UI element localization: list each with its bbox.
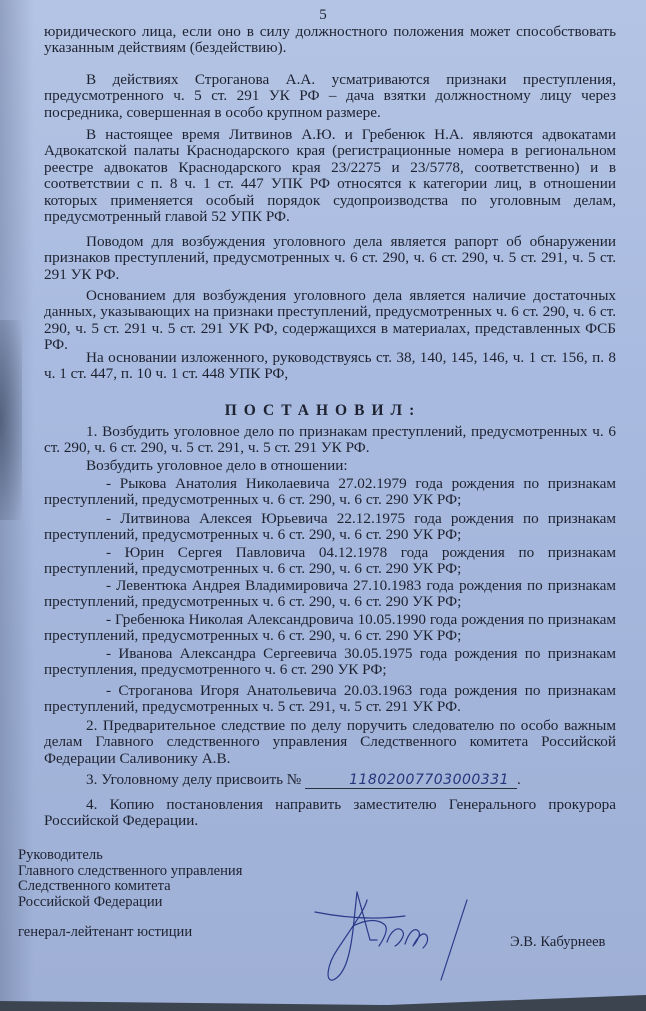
resolution-item-3-suffix: . [517, 771, 521, 788]
signatory-name: Э.В. Кабурнеев [510, 934, 605, 951]
person-entry: - Гребенюка Николая Александровича 10.05… [44, 612, 616, 645]
resolution-item-3: 3. Уголовному делу присвоить № 118020077… [44, 772, 616, 789]
signatory-position-line: Российской Федерации [18, 895, 242, 911]
resolution-heading: ПОСТАНОВИЛ: [0, 402, 646, 420]
resolution-item-1-subheading: Возбудить уголовное дело в отношении: [44, 458, 616, 474]
resolution-item-4: 4. Копию постановления направить замести… [44, 797, 616, 830]
signatory-position: Руководитель Главного следственного упра… [18, 848, 242, 910]
resolution-item-2: 2. Предварительное следствие по делу пор… [44, 718, 616, 767]
page-number: 5 [0, 7, 646, 24]
document-page: 5 юридического лица, если оно в силу дол… [0, 0, 646, 1005]
person-entry: - Литвинова Алексея Юрьевича 22.12.1975 … [44, 511, 616, 544]
paragraph-reason: Поводом для возбуждения уголовного дела … [44, 234, 616, 283]
paragraph-stroganov-crime: В действиях Строганова А.А. усматриваютс… [44, 72, 616, 121]
case-number-handwritten: 11802007703000331 [305, 773, 517, 789]
resolution-item-3-prefix: 3. Уголовному делу присвоить № [86, 771, 301, 788]
person-entry: - Юрин Сергея Павловича 04.12.1978 года … [44, 545, 616, 578]
paragraph-legal-basis: На основании изложенного, руководствуясь… [44, 350, 616, 383]
person-entry: - Строганова Игоря Анатольевича 20.03.19… [44, 683, 616, 716]
signatory-position-line: Главного следственного управления [18, 864, 242, 880]
signatory-position-line: Руководитель [18, 848, 242, 864]
signatory-position-line: Следственного комитета [18, 879, 242, 895]
person-entry: - Левентюка Андрея Владимировича 27.10.1… [44, 578, 616, 611]
paragraph-continuation: юридического лица, если оно в силу должн… [44, 24, 616, 57]
paragraph-grounds: Основанием для возбуждения уголовного де… [44, 288, 616, 354]
signatory-rank: генерал-лейтенант юстиции [18, 924, 192, 941]
person-entry: - Иванова Александра Сергеевича 30.05.19… [44, 646, 616, 679]
person-entry: - Рыкова Анатолия Николаевича 27.02.1979… [44, 476, 616, 509]
page-shadow [0, 320, 22, 520]
resolution-item-1: 1. Возбудить уголовное дело по признакам… [44, 424, 616, 457]
handwritten-signature-icon [295, 880, 505, 990]
paragraph-lawyers-status: В настоящее время Литвинов А.Ю. и Гребен… [44, 127, 616, 225]
